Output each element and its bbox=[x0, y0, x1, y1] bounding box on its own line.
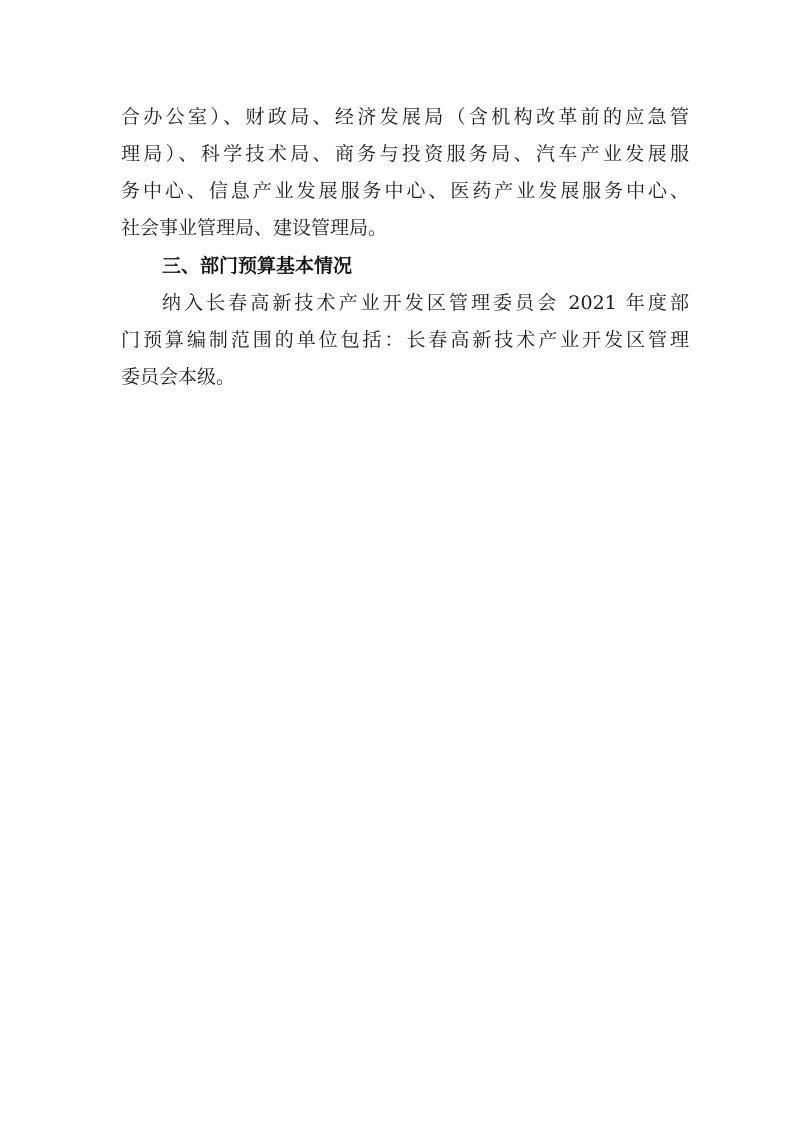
paragraph-line: 委员会本级。 bbox=[121, 362, 689, 392]
paragraph-line: 合办公室）、财政局、经济发展局（含机构改革前的应急管 bbox=[121, 102, 689, 132]
section-heading: 三、部门预算基本情况 bbox=[162, 251, 352, 281]
document-page: 合办公室）、财政局、经济发展局（含机构改革前的应急管 理局）、科学技术局、商务与… bbox=[0, 0, 800, 1132]
paragraph-line: 理局）、科学技术局、商务与投资服务局、汽车产业发展服 bbox=[121, 139, 689, 169]
paragraph-line: 社会事业管理局、建设管理局。 bbox=[121, 213, 689, 243]
paragraph-line: 纳入长春高新技术产业开发区管理委员会 2021 年度部 bbox=[162, 288, 689, 318]
paragraph-line: 务中心、信息产业发展服务中心、医药产业发展服务中心、 bbox=[121, 176, 689, 206]
paragraph-line: 门预算编制范围的单位包括：长春高新技术产业开发区管理 bbox=[121, 325, 689, 355]
